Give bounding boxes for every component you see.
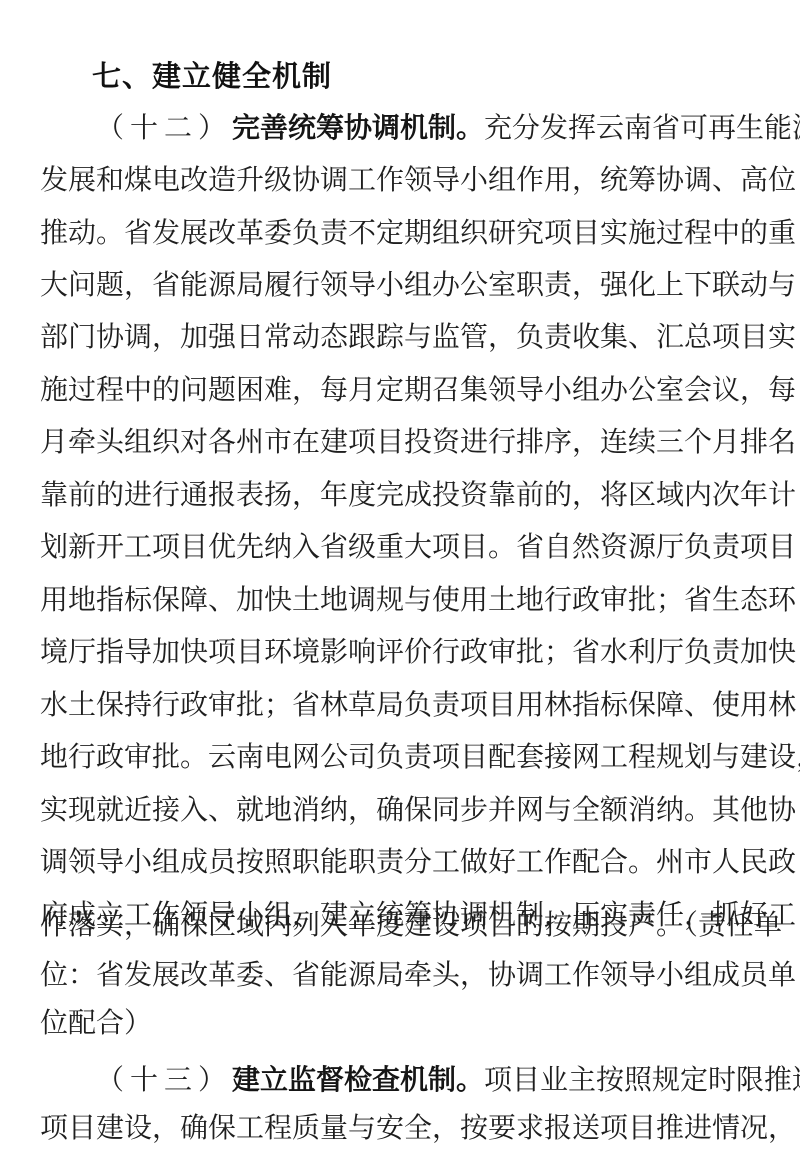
body-line: 部门协调，加强日常动态跟踪与监管，负责收集、汇总项目实 bbox=[40, 317, 764, 357]
paragraph-12-text: 充分发挥云南省可再生能源 bbox=[484, 111, 800, 144]
document-page: 七、建立健全机制 （十二）完善统筹协调机制。充分发挥云南省可再生能源 发展和煤电… bbox=[0, 0, 800, 1160]
body-line: 划新开工项目优先纳入省级重大项目。省自然资源厅负责项目 bbox=[40, 527, 764, 567]
body-line: 靠前的进行通报表扬，年度完成投资靠前的，将区域内次年计 bbox=[40, 475, 764, 515]
paragraph-12-line-1: （十二）完善统筹协调机制。充分发挥云南省可再生能源 bbox=[96, 108, 764, 148]
body-line: 项目建设，确保工程质量与安全，按要求报送项目推进情况， bbox=[40, 1108, 764, 1148]
paragraph-12-title: 完善统筹协调机制。 bbox=[232, 111, 484, 144]
body-line: 作落实，确保区域内列入年度建设项目的按期投产。（责任单 bbox=[40, 905, 764, 945]
body-line: 地行政审批。云南电网公司负责项目配套接网工程规划与建设， bbox=[40, 737, 764, 777]
body-line: 推动。省发展改革委负责不定期组织研究项目实施过程中的重 bbox=[40, 213, 764, 253]
body-line: 境厅指导加快项目环境影响评价行政审批；省水利厅负责加快 bbox=[40, 632, 764, 672]
body-line: 用地指标保障、加快土地调规与使用土地行政审批；省生态环 bbox=[40, 580, 764, 620]
paragraph-13-title: 建立监督检查机制。 bbox=[232, 1063, 484, 1096]
body-line: 调领导小组成员按照职能职责分工做好工作配合。州市人民政 bbox=[40, 842, 764, 882]
body-line: 施过程中的问题困难，每月定期召集领导小组办公室会议，每 bbox=[40, 370, 764, 410]
body-line: 月牵头组织对各州市在建项目投资进行排序，连续三个月排名 bbox=[40, 422, 764, 462]
paragraph-13-text: 项目业主按照规定时限推进 bbox=[484, 1063, 800, 1096]
paragraph-13-line-1: （十三）建立监督检查机制。项目业主按照规定时限推进 bbox=[96, 1060, 764, 1100]
paragraph-12-number: （十二） bbox=[96, 111, 232, 144]
body-line: 发展和煤电改造升级协调工作领导小组作用，统筹协调、高位 bbox=[40, 160, 764, 200]
body-line: 大问题，省能源局履行领导小组办公室职责，强化上下联动与 bbox=[40, 265, 764, 305]
body-line: 位：省发展改革委、省能源局牵头，协调工作领导小组成员单 bbox=[40, 955, 764, 995]
body-line: 实现就近接入、就地消纳，确保同步并网与全额消纳。其他协 bbox=[40, 790, 764, 830]
body-line: 水土保持行政审批；省林草局负责项目用林指标保障、使用林 bbox=[40, 685, 764, 725]
section-heading: 七、建立健全机制 bbox=[92, 58, 332, 94]
body-line: 位配合） bbox=[40, 1003, 152, 1043]
paragraph-13-number: （十三） bbox=[96, 1063, 232, 1096]
